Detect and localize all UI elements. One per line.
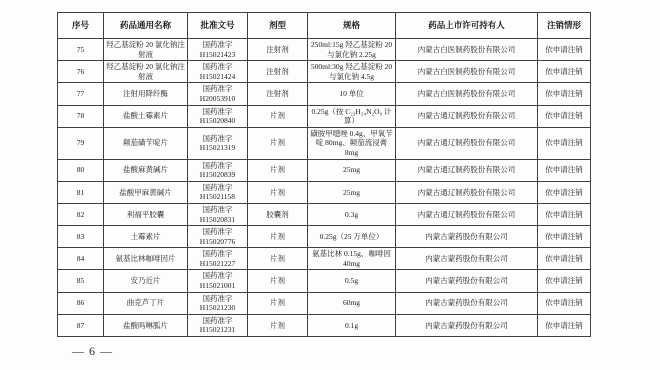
- table-cell-name: 颠茄磺苄啶片: [104, 127, 188, 159]
- table-cell-holder: 内蒙古蒙药股份有限公司: [396, 292, 538, 314]
- table-row: 79颠茄磺苄啶片国药准字 H15021319片剂磺胺甲噁唑 0.4g、甲氧苄啶 …: [58, 127, 591, 159]
- table-cell-holder: 内蒙古白医制药股份有限公司: [396, 61, 538, 83]
- table-cell-name: 氨基比林咖啡因片: [104, 248, 188, 270]
- table-cell-holder: 内蒙古通辽制药股份有限公司: [396, 203, 538, 225]
- table-cell-approval: 国药准字 H15021424: [188, 61, 248, 83]
- table-cell-form: 注射剂: [248, 39, 308, 61]
- table-cell-name: 盐酸麻黄碱片: [104, 159, 188, 181]
- table-cell-spec: 0.5g: [308, 270, 396, 292]
- table-row: 81盐酸甲麻黄碱片国药准字 H15021158片剂25mg内蒙古通辽制药股份有限…: [58, 181, 591, 203]
- table-cell-approval: 国药准字 H15021227: [188, 248, 248, 270]
- table-row: 77注射用降纤酶国药准字 H20053910注射剂10 单位内蒙古白医制药股份有…: [58, 83, 591, 105]
- table-row: 85安乃近片国药准字 H15021001片剂0.5g内蒙古蒙药股份有限公司依申请…: [58, 270, 591, 292]
- table-row: 83土霉素片国药准字 H15020776片剂0.25g（25 万单位）内蒙古蒙药…: [58, 226, 591, 248]
- table-cell-form: 片剂: [248, 181, 308, 203]
- table-cell-approval: 国药准字 H15021423: [188, 39, 248, 61]
- header-row: 序号药品通用名称批准文号剂型规格药品上市许可持有人注销情形: [58, 13, 591, 39]
- column-header: 药品上市许可持有人: [396, 13, 538, 39]
- table-body: 75羟乙基淀粉 20 氯化钠注射液国药准字 H15021423注射剂250ml:…: [58, 39, 591, 337]
- table-cell-no: 80: [58, 159, 104, 181]
- table-cell-form: 片剂: [248, 314, 308, 336]
- table-cell-spec: 500ml:30g 羟乙基淀粉 20 与氯化钠 4.5g: [308, 61, 396, 83]
- table-header: 序号药品通用名称批准文号剂型规格药品上市许可持有人注销情形: [58, 13, 591, 39]
- table-row: 84氨基比林咖啡因片国药准字 H15021227片剂氨基比林 0.15g、咖啡因…: [58, 248, 591, 270]
- table-cell-no: 84: [58, 248, 104, 270]
- table-cell-holder: 内蒙古通辽制药股份有限公司: [396, 127, 538, 159]
- column-header: 注销情形: [538, 13, 591, 39]
- table-cell-form: 胶囊剂: [248, 203, 308, 225]
- table-cell-status: 依申请注销: [538, 181, 591, 203]
- table-cell-spec: 10 单位: [308, 83, 396, 105]
- table-cell-name: 土霉素片: [104, 226, 188, 248]
- table-cell-no: 76: [58, 61, 104, 83]
- table-cell-spec: 0.1g: [308, 314, 396, 336]
- table-cell-spec: 0.25g（25 万单位）: [308, 226, 396, 248]
- table-cell-form: 片剂: [248, 105, 308, 127]
- table-cell-approval: 国药准字 H15021001: [188, 270, 248, 292]
- table-cell-no: 81: [58, 181, 104, 203]
- table-cell-form: 片剂: [248, 270, 308, 292]
- table-cell-spec: 25mg: [308, 181, 396, 203]
- table-cell-no: 78: [58, 105, 104, 127]
- table-cell-spec: 60mg: [308, 292, 396, 314]
- table-row: 78盐酸土霉素片国药准字 H15020840片剂0.25g（按 C₂₂H₂₄N₂…: [58, 105, 591, 127]
- page-number: — 6 —: [72, 344, 113, 359]
- table-cell-form: 注射剂: [248, 83, 308, 105]
- table-cell-holder: 内蒙古白医制药股份有限公司: [396, 39, 538, 61]
- table-cell-holder: 内蒙古蒙药股份有限公司: [396, 270, 538, 292]
- table-cell-name: 注射用降纤酶: [104, 83, 188, 105]
- table-cell-approval: 国药准字 H15021231: [188, 314, 248, 336]
- table-cell-name: 曲克芦丁片: [104, 292, 188, 314]
- table-cell-form: 注射剂: [248, 61, 308, 83]
- table-cell-no: 83: [58, 226, 104, 248]
- table-cell-approval: 国药准字 H20053910: [188, 83, 248, 105]
- drug-cancellation-table: 序号药品通用名称批准文号剂型规格药品上市许可持有人注销情形 75羟乙基淀粉 20…: [57, 12, 591, 337]
- table-cell-name: 盐酸甲麻黄碱片: [104, 181, 188, 203]
- table-cell-no: 79: [58, 127, 104, 159]
- column-header: 药品通用名称: [104, 13, 188, 39]
- table-cell-approval: 国药准字 H15020831: [188, 203, 248, 225]
- table-cell-status: 依申请注销: [538, 248, 591, 270]
- column-header: 序号: [58, 13, 104, 39]
- table-cell-form: 片剂: [248, 127, 308, 159]
- table-cell-spec: 0.3g: [308, 203, 396, 225]
- table-cell-holder: 内蒙古通辽制药股份有限公司: [396, 181, 538, 203]
- table-cell-no: 85: [58, 270, 104, 292]
- table-cell-spec: 25mg: [308, 159, 396, 181]
- table-cell-holder: 内蒙古白医制药股份有限公司: [396, 83, 538, 105]
- table-cell-approval: 国药准字 H15021230: [188, 292, 248, 314]
- table-cell-name: 盐酸吗啉胍片: [104, 314, 188, 336]
- table-cell-holder: 内蒙古蒙药股份有限公司: [396, 226, 538, 248]
- table-row: 80盐酸麻黄碱片国药准字 H15020839片剂25mg内蒙古通辽制药股份有限公…: [58, 159, 591, 181]
- table-cell-status: 依申请注销: [538, 203, 591, 225]
- table-cell-approval: 国药准字 H15021158: [188, 181, 248, 203]
- table-cell-holder: 内蒙古通辽制药股份有限公司: [396, 159, 538, 181]
- table-cell-spec: 250ml:15g 羟乙基淀粉 20 与氯化钠 2.25g: [308, 39, 396, 61]
- table-cell-status: 依申请注销: [538, 127, 591, 159]
- table-cell-spec: 氨基比林 0.15g、咖啡因 40mg: [308, 248, 396, 270]
- table-cell-holder: 内蒙古蒙药股份有限公司: [396, 314, 538, 336]
- table-cell-status: 依申请注销: [538, 270, 591, 292]
- table-cell-approval: 国药准字 H15021319: [188, 127, 248, 159]
- table-cell-no: 86: [58, 292, 104, 314]
- table-cell-name: 羟乙基淀粉 20 氯化钠注射液: [104, 39, 188, 61]
- table-cell-no: 87: [58, 314, 104, 336]
- table-row: 82利福平胶囊国药准字 H15020831胶囊剂0.3g内蒙古通辽制药股份有限公…: [58, 203, 591, 225]
- table-row: 75羟乙基淀粉 20 氯化钠注射液国药准字 H15021423注射剂250ml:…: [58, 39, 591, 61]
- table-cell-status: 依申请注销: [538, 226, 591, 248]
- table-cell-no: 75: [58, 39, 104, 61]
- table-cell-name: 盐酸土霉素片: [104, 105, 188, 127]
- table-row: 87盐酸吗啉胍片国药准字 H15021231片剂0.1g内蒙古蒙药股份有限公司依…: [58, 314, 591, 336]
- table-cell-approval: 国药准字 H15020839: [188, 159, 248, 181]
- column-header: 剂型: [248, 13, 308, 39]
- table-cell-status: 依申请注销: [538, 159, 591, 181]
- table-cell-spec: 磺胺甲噁唑 0.4g、甲氧苄啶 80mg、颠茄流浸膏 8mg: [308, 127, 396, 159]
- table-cell-status: 依申请注销: [538, 105, 591, 127]
- table-cell-name: 安乃近片: [104, 270, 188, 292]
- table-row: 76羟乙基淀粉 20 氯化钠注射液国药准字 H15021424注射剂500ml:…: [58, 61, 591, 83]
- table-cell-no: 82: [58, 203, 104, 225]
- table-cell-approval: 国药准字 H15020776: [188, 226, 248, 248]
- table-cell-status: 依申请注销: [538, 83, 591, 105]
- table-cell-holder: 内蒙古蒙药股份有限公司: [396, 248, 538, 270]
- table-cell-form: 片剂: [248, 226, 308, 248]
- table-cell-name: 利福平胶囊: [104, 203, 188, 225]
- table-cell-status: 依申请注销: [538, 39, 591, 61]
- table-cell-spec: 0.25g（按 C₂₂H₂₄N₂O₉ 计算）: [308, 105, 396, 127]
- table-cell-status: 依申请注销: [538, 292, 591, 314]
- table-cell-form: 片剂: [248, 248, 308, 270]
- table-cell-form: 片剂: [248, 292, 308, 314]
- table-cell-form: 片剂: [248, 159, 308, 181]
- table-cell-name: 羟乙基淀粉 20 氯化钠注射液: [104, 61, 188, 83]
- table-cell-no: 77: [58, 83, 104, 105]
- table-cell-status: 依申请注销: [538, 61, 591, 83]
- table-cell-approval: 国药准字 H15020840: [188, 105, 248, 127]
- table-row: 86曲克芦丁片国药准字 H15021230片剂60mg内蒙古蒙药股份有限公司依申…: [58, 292, 591, 314]
- table-cell-status: 依申请注销: [538, 314, 591, 336]
- table-cell-holder: 内蒙古通辽制药股份有限公司: [396, 105, 538, 127]
- column-header: 批准文号: [188, 13, 248, 39]
- column-header: 规格: [308, 13, 396, 39]
- document-page: 序号药品通用名称批准文号剂型规格药品上市许可持有人注销情形 75羟乙基淀粉 20…: [0, 0, 660, 370]
